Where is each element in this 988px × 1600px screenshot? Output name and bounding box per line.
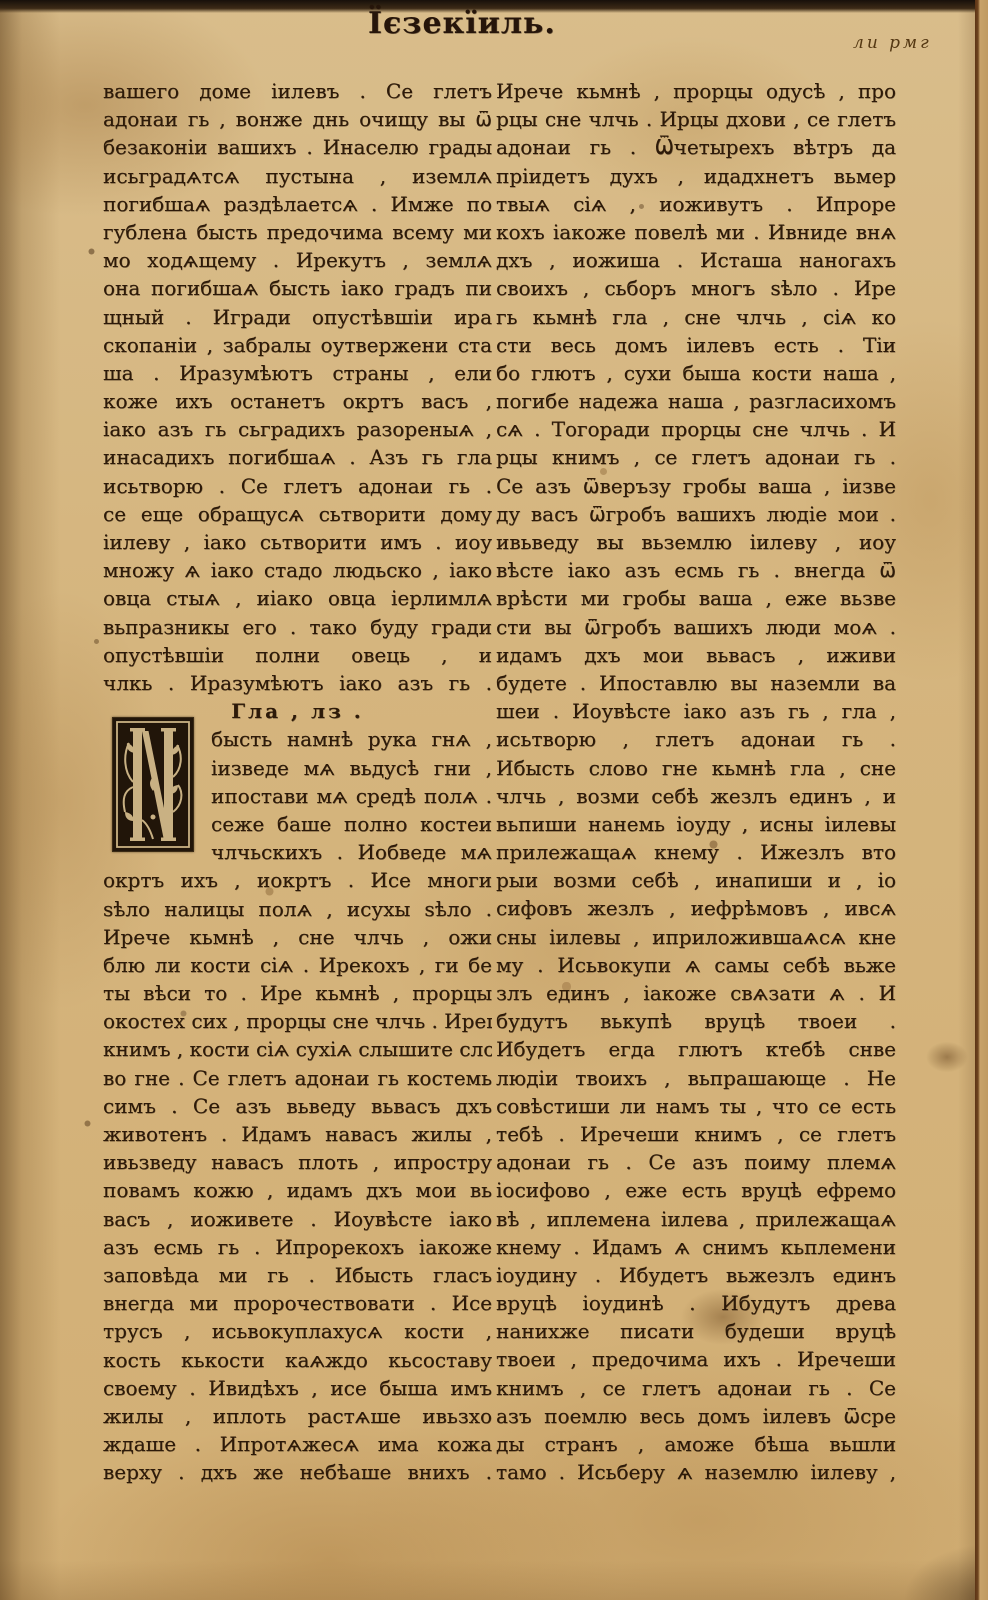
text-line: симъ . Се азъ вьведу вьвасъ дхъ xyxy=(103,1092,492,1120)
text-line: гублена бысть предочима всему ми xyxy=(103,218,492,246)
text-line: ивьзведу навасъ плоть , ипростру xyxy=(103,1148,492,1176)
text-line: совѣстиши ли намъ ты , что се есть xyxy=(496,1092,896,1120)
text-line: множу ѧ іако стадо людьско , іако xyxy=(103,556,492,584)
text-line: іосифово , еже есть вруцѣ ефремо xyxy=(496,1176,896,1204)
text-line: іоудину . Ибудетъ вьжезлъ единъ xyxy=(496,1261,896,1289)
text-line: іако азъ гь сьградихъ разореныѧ , xyxy=(103,415,492,443)
text-line: тебѣ . Иречеши книмъ , се глетъ xyxy=(496,1120,896,1148)
text-line: васъ , иоживете . Иоувѣсте іако xyxy=(103,1205,492,1233)
text-line: людіи твоихъ , вьпрашающе . Не xyxy=(496,1064,896,1092)
page-right-edge xyxy=(975,0,988,1600)
paper-stains xyxy=(0,0,3,3)
text-lines-group: вашего доме іилевъ . Се глетъадонаи гь ,… xyxy=(103,77,492,697)
text-line: она погибшаѧ бысть іако градъ пи xyxy=(103,274,492,302)
text-line: ды странъ , аможе бѣша вьшли xyxy=(496,1430,896,1458)
text-line: вьпразникы его . тако буду гради xyxy=(103,613,492,641)
text-line: коже ихъ останетъ окртъ васъ , xyxy=(103,387,492,415)
text-line: пріидетъ духъ , идадхнетъ вьмер xyxy=(496,162,896,190)
text-line: Ирече кьмнѣ , сне члчь , ожи xyxy=(103,923,492,951)
initial-paragraph: бысть намнѣ рука гнѧ ,іизведе мѧ вьдусѣ … xyxy=(103,725,492,866)
text-line: вѣ , иплемена іилева , прилежащаѧ xyxy=(496,1205,896,1233)
text-line: бо глютъ , сухи быша кости наша , xyxy=(496,359,896,387)
text-line: заповѣда ми гь . Ибысть гласъ xyxy=(103,1261,492,1289)
text-line: инасадихъ погибшаѧ . Азъ гь гла xyxy=(103,443,492,471)
text-line: повамъ кожю , идамъ дхъ мои вь xyxy=(103,1176,492,1204)
text-line: ивьведу вы вьземлю іилеву , иоу xyxy=(496,528,896,556)
text-line: твоеи , предочима ихъ . Иречеши xyxy=(496,1345,896,1373)
text-line: исьградѧтсѧ пустына , иземлѧ xyxy=(103,162,492,190)
text-line: во гне . Се глетъ адонаи гь костемь xyxy=(103,1064,492,1092)
text-line: шеи . Иоувѣсте іако азъ гь , гла , xyxy=(496,697,896,725)
text-line: адонаи гь . Ѿчетырехъ вѣтръ да xyxy=(496,133,896,161)
text-line: вашего доме іилевъ . Се глетъ xyxy=(103,77,492,105)
text-line: ду васъ ѿгробъ вашихъ людіе мои . xyxy=(496,500,896,528)
text-line: исьтворю . Се глетъ адонаи гь . xyxy=(103,472,492,500)
text-line: мо ходѧщему . Ирекутъ , землѧ xyxy=(103,246,492,274)
text-line: ипостави мѧ средѣ полѧ . xyxy=(211,782,492,810)
folio-number: ли рмг xyxy=(853,33,932,53)
text-line: безаконіи вашихъ . Инаселю грады xyxy=(103,133,492,161)
text-line: окртъ ихъ , иокртъ . Исе многи xyxy=(103,866,492,894)
text-lines-group: Ирече кьмнѣ , прорцы одусѣ , прорцы сне … xyxy=(496,77,896,1486)
text-line: нанихже писати будеши вруцѣ xyxy=(496,1317,896,1345)
text-line: животенъ . Идамъ навасъ жилы , xyxy=(103,1120,492,1148)
text-line: му . Исьвокупи ѧ самы себѣ вьже xyxy=(496,951,896,979)
text-line: рцы сне члчь . Ирцы дхови , се глетъ xyxy=(496,105,896,133)
text-line: адонаи гь . Се азъ поиму племѧ xyxy=(496,1148,896,1176)
text-line: сеже баше полно костеи xyxy=(211,810,492,838)
page-title: Їєзекїиль. xyxy=(368,6,556,41)
indented-text-lines-group: бысть намнѣ рука гнѧ ,іизведе мѧ вьдусѣ … xyxy=(211,725,492,866)
text-line: ша . Иразумѣютъ страны , ели xyxy=(103,359,492,387)
text-line: члчь , возми себѣ жезлъ единъ , и xyxy=(496,782,896,810)
text-line: вьпиши нанемь іоуду , исны іилевы xyxy=(496,810,896,838)
text-line: тамо . Исьберу ѧ наземлю іилеву , xyxy=(496,1458,896,1486)
right-text-column: Ирече кьмнѣ , прорцы одусѣ , прорцы сне … xyxy=(496,77,896,1486)
text-line: жилы , иплоть растѧше ивьзхо xyxy=(103,1402,492,1430)
text-line: се еще обращусѧ сьтворити дому xyxy=(103,500,492,528)
text-line: опустѣвшіи полни овець , и xyxy=(103,641,492,669)
text-line: члкь . Иразумѣютъ іако азъ гь . xyxy=(103,669,492,697)
ornate-initial-letter-icon xyxy=(112,717,194,852)
text-line: щный . Игради опустѣвшіи ира xyxy=(103,303,492,331)
text-line: іизведе мѧ вьдусѣ гни , xyxy=(211,754,492,782)
text-line: ѕѣло налицы полѧ , исухы ѕѣло . xyxy=(103,895,492,923)
text-line: азъ есмь гь . Ипрорекохъ іакоже xyxy=(103,1233,492,1261)
text-line: твыѧ сіѧ , иоживутъ . Ипроре xyxy=(496,190,896,218)
text-line: рцы книмъ , се глетъ адонаи гь . xyxy=(496,443,896,471)
text-line: сны іилевы , иприложившаѧсѧ кне xyxy=(496,923,896,951)
text-line: кохъ іакоже повелѣ ми . Ивниде внѧ xyxy=(496,218,896,246)
text-line: исьтворю , глетъ адонаи гь . xyxy=(496,725,896,753)
text-line: члчьскихъ . Иобведе мѧ xyxy=(211,838,492,866)
text-line: гь кьмнѣ гла , сне члчь , сіѧ ко xyxy=(496,303,896,331)
text-line: будете . Ипоставлю вы наземли ва xyxy=(496,669,896,697)
text-line: кость кькости каѧждо кьсоставу xyxy=(103,1346,492,1374)
text-line: ждаше . Ипротѧжесѧ има кожа xyxy=(103,1430,492,1458)
text-line: вѣсте іако азъ есмь гь . внегда ѿ xyxy=(496,556,896,584)
text-line: дхъ , иожиша . Исташа наногахъ xyxy=(496,246,896,274)
text-line: погибе надежа наша , разгласихомъ xyxy=(496,387,896,415)
text-line: окостех сих , прорцы сне члчь . Иреши xyxy=(103,1007,492,1035)
text-line: своему . Ивидѣхъ , исе быша имъ xyxy=(103,1374,492,1402)
text-line: азъ поемлю весь домъ іилевъ ѿсре xyxy=(496,1402,896,1430)
text-line: вруцѣ іоудинѣ . Ибудутъ древа xyxy=(496,1289,896,1317)
text-line: книмъ , кости сіѧ сухіѧ слышите сло xyxy=(103,1035,492,1063)
text-line: рыи возми себѣ , инапиши и , іо xyxy=(496,866,896,894)
text-line: блю ли кости сіѧ . Ирекохъ , ги бе xyxy=(103,951,492,979)
text-line: верху . дхъ же небѣаше внихъ . xyxy=(103,1458,492,1486)
text-line: злъ единъ , іакоже свѧзати ѧ . И xyxy=(496,979,896,1007)
text-line: бысть намнѣ рука гнѧ , xyxy=(211,725,492,753)
text-line: скопаніи , забралы оутвержени ста xyxy=(103,331,492,359)
text-line: книмъ , се глетъ адонаи гь . Се xyxy=(496,1374,896,1402)
text-line: іилеву , іако сьтворити имъ . иоу xyxy=(103,528,492,556)
text-line: своихъ , сьборъ многъ ѕѣло . Ире xyxy=(496,274,896,302)
text-line: идамъ дхъ мои вьвасъ , иживи xyxy=(496,641,896,669)
text-line: врѣсти ми гробы ваша , еже вьзве xyxy=(496,584,896,612)
text-line: Ирече кьмнѣ , прорцы одусѣ , про xyxy=(496,77,896,105)
text-line: сти вы ѿгробъ вашихъ люди моѧ . xyxy=(496,613,896,641)
text-line: будутъ вькупѣ вруцѣ твоеи . xyxy=(496,1007,896,1035)
scanned-book-page: Їєзекїиль. ли рмг вашего доме іилевъ . С… xyxy=(0,0,988,1600)
text-line: Ибысть слово гне кьмнѣ гла , сне xyxy=(496,754,896,782)
text-line: погибшаѧ раздѣлаетсѧ . Имже по xyxy=(103,190,492,218)
text-line: сти весь домъ іилевъ есть . Тіи xyxy=(496,331,896,359)
left-text-column: вашего доме іилевъ . Се глетъадонаи гь ,… xyxy=(103,77,492,1486)
text-line: овца стыѧ , иіако овца іерлимлѧ xyxy=(103,584,492,612)
text-line: Ибудетъ егда глютъ ктебѣ снве xyxy=(496,1035,896,1063)
text-line: прилежащаѧ кнему . Ижезлъ вто xyxy=(496,838,896,866)
text-line: Се азъ ѿверъзу гробы ваша , іизве xyxy=(496,472,896,500)
text-lines-group: окртъ ихъ , иокртъ . Исе многиѕѣло налиц… xyxy=(103,866,492,1486)
text-line: сѧ . Тогоради прорцы сне члчь . И xyxy=(496,415,896,443)
text-line: внегда ми пророчествовати . Исе xyxy=(103,1289,492,1317)
text-line: трусъ , исьвокуплахусѧ кости , xyxy=(103,1317,492,1345)
text-line: сифовъ жезлъ , иефрѣмовъ , ивсѧ xyxy=(496,894,896,922)
text-line: адонаи гь , вонже днь очищу вы ѿ xyxy=(103,105,492,133)
text-line: кнему . Идамъ ѧ снимъ кьплемени xyxy=(496,1233,896,1261)
text-line: ты вѣси то . Ире кьмнѣ , прорцы xyxy=(103,979,492,1007)
